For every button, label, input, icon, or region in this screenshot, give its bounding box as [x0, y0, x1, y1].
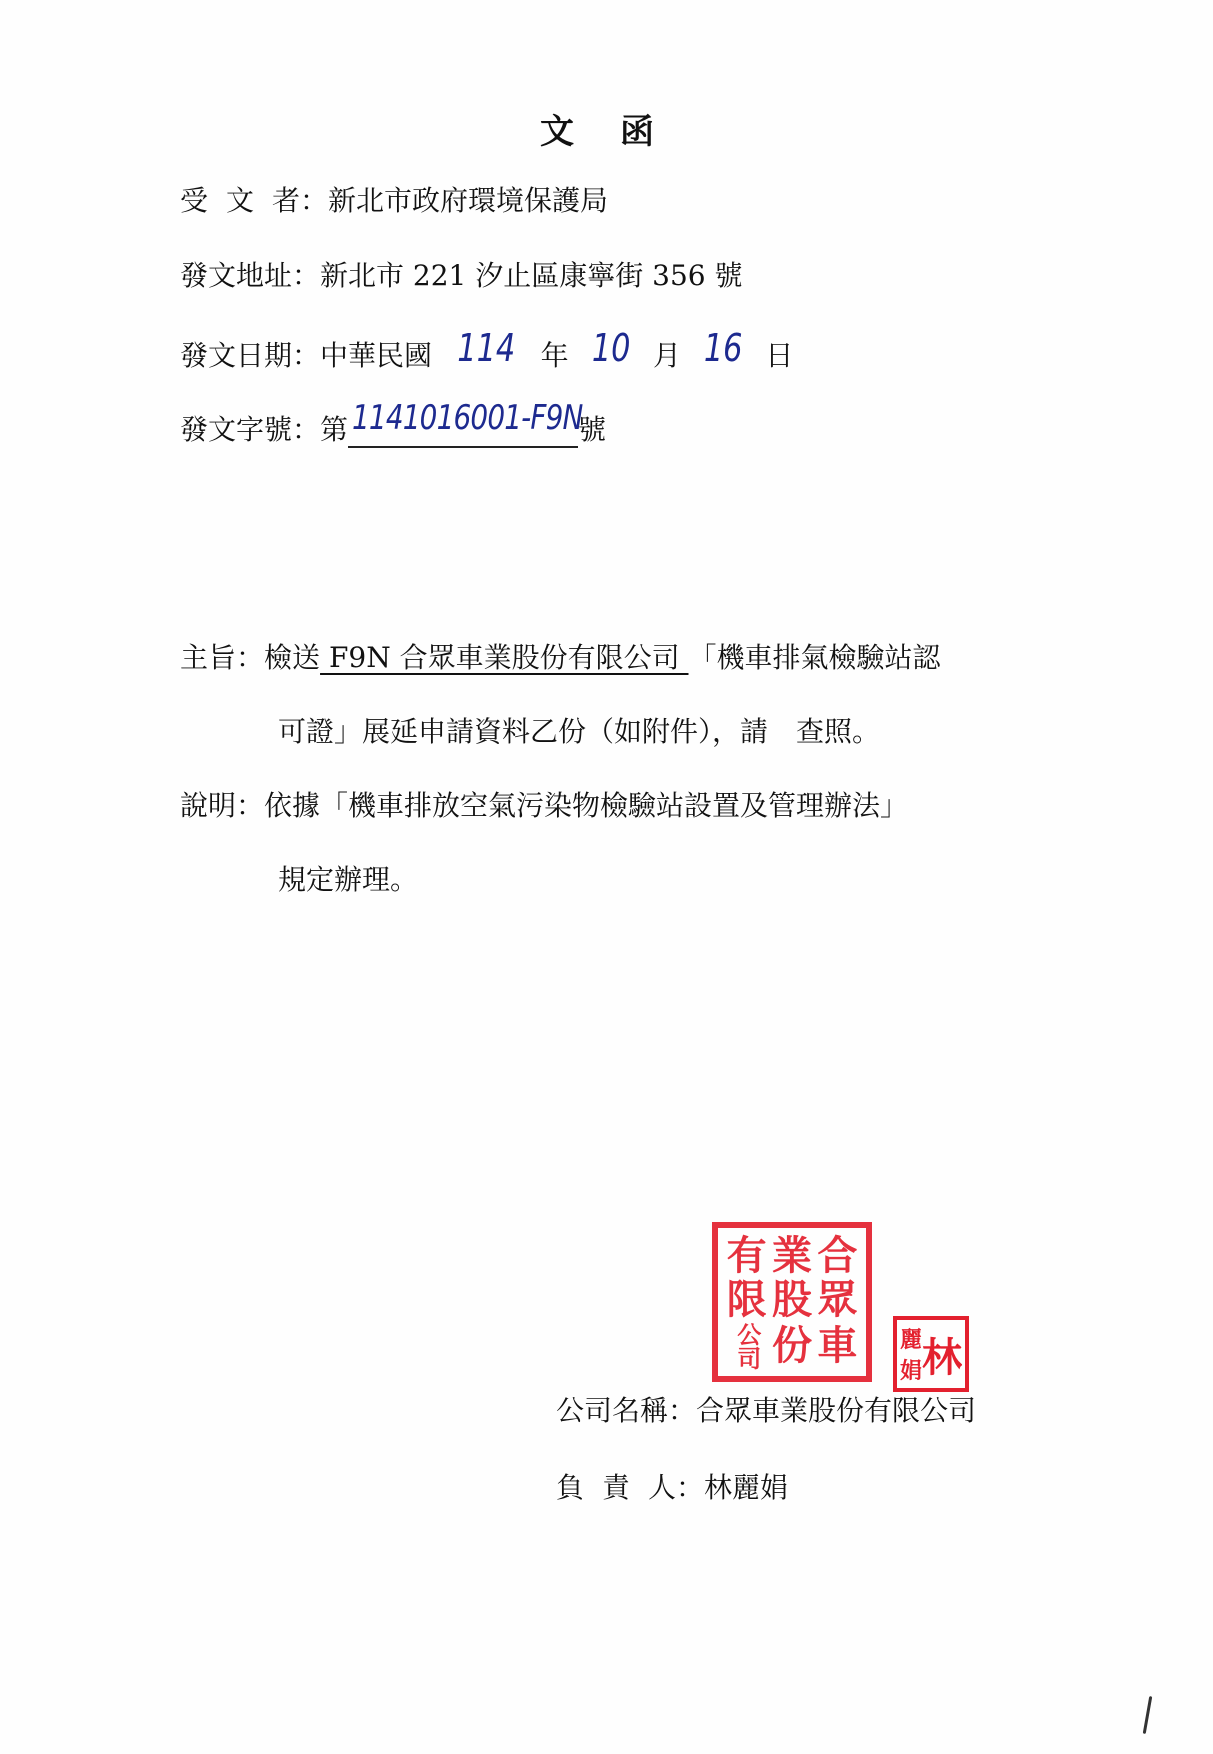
seal-surname: 林 [922, 1323, 962, 1385]
explanation-text: 依據「機車排放空氣污染物檢驗站設置及管理辦法」 [264, 789, 908, 822]
recipient-row: 受文者：新北市政府環境保護局 [180, 183, 608, 219]
doc-number-separator: ： [292, 413, 320, 446]
doc-number-field: 1141016001-F9N [348, 410, 578, 448]
seal-char: 業 [769, 1234, 814, 1278]
explanation-line-1: 說明：依據「機車排放空氣污染物檢驗站設置及管理辦法」 [180, 788, 908, 824]
representative-separator: ： [676, 1471, 704, 1504]
date-separator: ： [292, 339, 320, 372]
company-name-separator: ： [668, 1394, 696, 1427]
date-year-unit: 年 [541, 339, 569, 372]
doc-number-handwritten: 1141016001-F9N [352, 400, 583, 436]
seal-char: 公司 [724, 1322, 769, 1370]
explanation-line-2: 規定辦理。 [278, 862, 418, 898]
seal-char: 合 [815, 1234, 860, 1278]
recipient-label: 受文者 [180, 184, 318, 217]
date-row: 發文日期：中華民國114年10月16日 [180, 334, 793, 374]
subject-label: 主旨 [180, 641, 236, 674]
doc-number-row: 發文字號：第1141016001-F9N號 [180, 410, 606, 448]
recipient-separator: ： [300, 184, 328, 217]
subject-company-underlined: F9N 合眾車業股份有限公司 [320, 641, 688, 674]
subject-line-2: 可證」展延申請資料乙份（如附件），請 查照。 [278, 714, 880, 750]
subject-text-post: 「機車排氣檢驗站認 [689, 641, 941, 674]
doc-number-label: 發文字號 [180, 413, 292, 446]
representative-row: 負責人：林麗娟 [556, 1470, 788, 1506]
address-separator: ： [292, 259, 320, 292]
date-month-handwritten: 10 [591, 330, 630, 366]
seal-char: 有 [724, 1234, 769, 1278]
seal-given-top: 麗 [900, 1323, 922, 1354]
address-row: 發文地址：新北市 221 汐止區康寧街 356 號 [180, 258, 743, 294]
address-label: 發文地址 [180, 259, 292, 292]
seal-char: 眾 [815, 1278, 860, 1322]
date-era: 中華民國 [320, 339, 432, 372]
seal-given-bottom: 娟 [900, 1354, 922, 1385]
subject-separator: ： [236, 641, 264, 674]
seal-char: 車 [815, 1322, 860, 1370]
seal-char: 股 [769, 1278, 814, 1322]
company-name-label: 公司名稱 [556, 1394, 668, 1427]
representative-value: 林麗娟 [704, 1471, 788, 1504]
company-name-row: 公司名稱：合眾車業股份有限公司 [556, 1393, 976, 1429]
recipient-value: 新北市政府環境保護局 [328, 184, 608, 217]
representative-seal-stamp: 林 麗 娟 [893, 1316, 969, 1392]
date-label: 發文日期 [180, 339, 292, 372]
document-title: 文函 [540, 104, 700, 153]
company-name-value: 合眾車業股份有限公司 [696, 1394, 976, 1427]
explanation-label: 說明 [180, 789, 236, 822]
date-month-unit: 月 [653, 339, 681, 372]
address-value: 新北市 221 汐止區康寧街 356 號 [320, 259, 743, 292]
subject-text-pre: 檢送 [264, 641, 320, 674]
document-page: 文函 受文者：新北市政府環境保護局 發文地址：新北市 221 汐止區康寧街 35… [0, 0, 1213, 1754]
representative-label: 負責人 [556, 1471, 694, 1504]
company-seal-stamp: 合 眾 車 業 股 份 有 限 公司 [712, 1222, 872, 1382]
explanation-separator: ： [236, 789, 264, 822]
date-day-handwritten: 16 [704, 330, 743, 366]
date-day-unit: 日 [765, 339, 793, 372]
seal-char: 限 [724, 1278, 769, 1322]
subject-line-1: 主旨：檢送 F9N 合眾車業股份有限公司 「機車排氣檢驗站認 [180, 640, 941, 676]
doc-number-prefix: 第 [320, 413, 348, 446]
seal-char: 份 [769, 1322, 814, 1370]
pen-mark [1143, 1696, 1153, 1734]
date-year-handwritten: 114 [457, 330, 515, 366]
